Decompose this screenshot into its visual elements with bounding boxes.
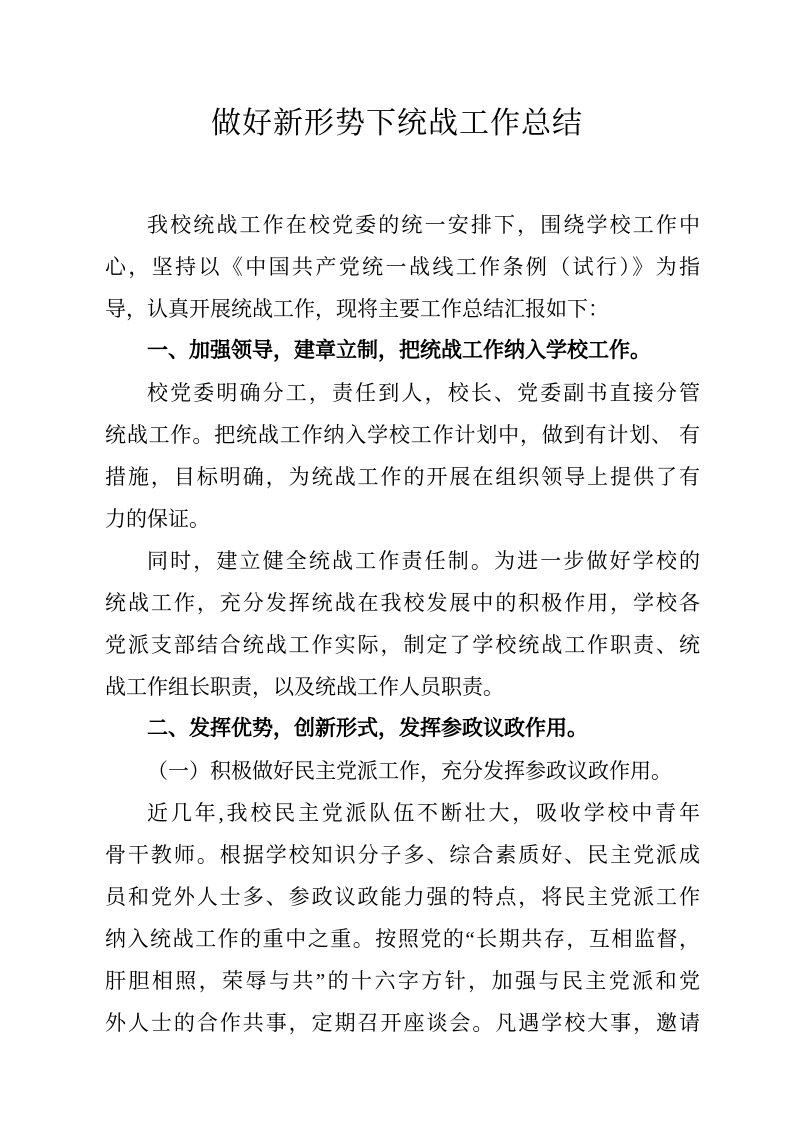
paragraph-line: 纳入统战工作的重中之重。按照党的“长期共存，互相监督，	[105, 918, 700, 960]
paragraph-line: 措施，目标明确，为统战工作的开展在组织领导上提供了有	[105, 456, 700, 498]
document-body: 我校统战工作在校党委的统一安排下，围绕学校工作中 心，坚持以《中国共产党统一战线…	[105, 204, 700, 1044]
paragraph-line: 党派支部结合统战工作实际，制定了学校统战工作职责、统	[105, 624, 700, 666]
paragraph-line: 近几年,我校民主党派队伍不断壮大，吸收学校中青年	[105, 792, 700, 834]
paragraph-line: 统战工作。把统战工作纳入学校工作计划中，做到有计划、 有	[105, 414, 700, 456]
paragraph-line: 同时，建立健全统战工作责任制。为进一步做好学校的	[105, 540, 700, 582]
paragraph-line: 统战工作，充分发挥统战在我校发展中的积极作用，学校各	[105, 582, 700, 624]
paragraph-line: 心，坚持以《中国共产党统一战线工作条例（试行）》为指	[105, 246, 700, 288]
section-heading: 二、发挥优势，创新形式，发挥参政议政作用。	[105, 708, 700, 750]
document-page: 做好新形势下统战工作总结 我校统战工作在校党委的统一安排下，围绕学校工作中 心，…	[0, 0, 794, 1122]
paragraph-line: 力的保证。	[105, 498, 700, 540]
paragraph-line: 骨干教师。根据学校知识分子多、综合素质好、民主党派成	[105, 834, 700, 876]
paragraph-line: 导，认真开展统战工作，现将主要工作总结汇报如下：	[105, 288, 700, 330]
paragraph-line: 肝胆相照，荣辱与共”的十六字方针，加强与民主党派和党	[105, 960, 700, 1002]
paragraph-line: 员和党外人士多、参政议政能力强的特点，将民主党派工作	[105, 876, 700, 918]
section-heading: 一、加强领导，建章立制，把统战工作纳入学校工作。	[105, 330, 700, 372]
paragraph-line: 校党委明确分工，责任到人，校长、党委副书直接分管	[105, 372, 700, 414]
paragraph-line: （一）积极做好民主党派工作，充分发挥参政议政作用。	[105, 750, 700, 792]
paragraph-line: 外人士的合作共事，定期召开座谈会。凡遇学校大事，邀请	[105, 1002, 700, 1044]
paragraph-line: 我校统战工作在校党委的统一安排下，围绕学校工作中	[105, 204, 700, 246]
document-title: 做好新形势下统战工作总结	[0, 0, 794, 146]
paragraph-line: 战工作组长职责，以及统战工作人员职责。	[105, 666, 700, 708]
